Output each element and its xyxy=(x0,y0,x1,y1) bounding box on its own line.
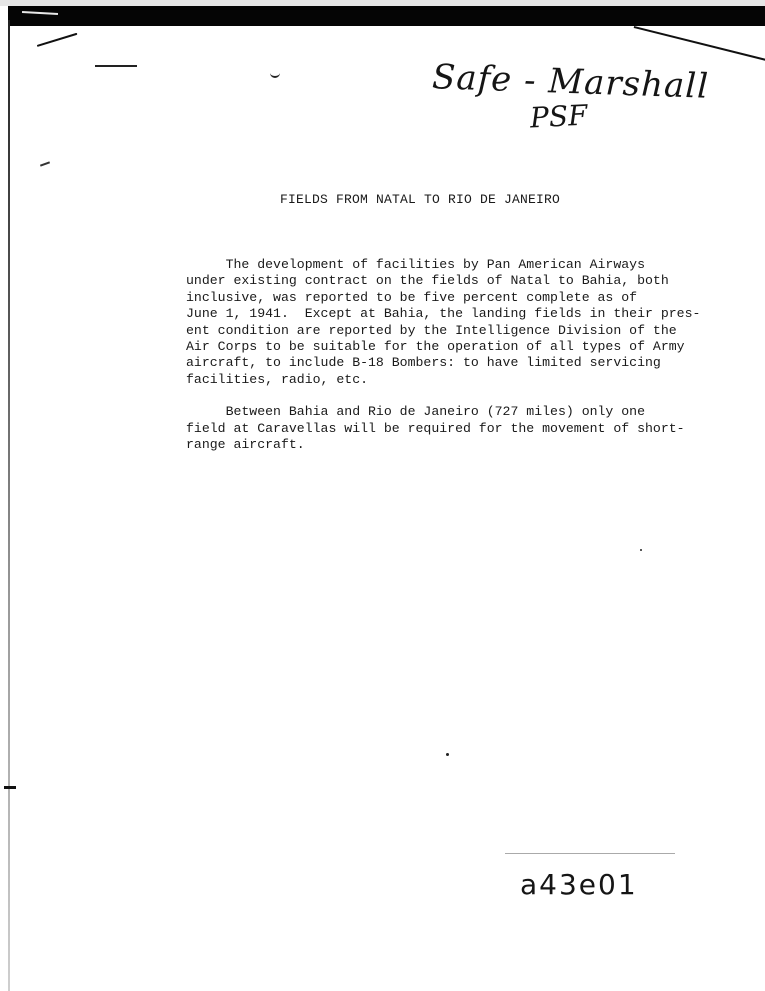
catalog-rule-line xyxy=(505,853,675,854)
text-line: under existing contract on the fields of… xyxy=(186,273,686,289)
text-line: field at Caravellas will be required for… xyxy=(186,421,686,437)
handwritten-psf-note: PSF xyxy=(529,99,588,135)
paragraph-spacer xyxy=(186,388,686,404)
pen-underline-mark xyxy=(95,65,137,67)
text-line: The development of facilities by Pan Ame… xyxy=(186,257,686,273)
paragraph-facilities: The development of facilities by Pan Ame… xyxy=(186,257,686,388)
text-line: facilities, radio, etc. xyxy=(186,372,686,388)
scan-speck xyxy=(640,549,642,551)
text-line: Between Bahia and Rio de Janeiro (727 mi… xyxy=(186,404,686,420)
pen-tick-mark xyxy=(270,72,280,78)
margin-mark xyxy=(40,161,50,166)
text-line: aircraft, to include B-18 Bombers: to ha… xyxy=(186,355,686,371)
text-line: range aircraft. xyxy=(186,437,686,453)
page-fold-line xyxy=(634,26,765,63)
text-line: ent condition are reported by the Intell… xyxy=(186,323,686,339)
margin-mark xyxy=(4,786,16,789)
document-body: The development of facilities by Pan Ame… xyxy=(186,257,686,453)
text-line: inclusive, was reported to be five perce… xyxy=(186,290,686,306)
scan-left-border xyxy=(8,20,10,991)
pen-stroke-mark xyxy=(37,33,78,47)
handwritten-catalog-number: a43e01 xyxy=(520,868,638,901)
text-line: Air Corps to be suitable for the operati… xyxy=(186,339,686,355)
text-line: June 1, 1941. Except at Bahia, the landi… xyxy=(186,306,686,322)
scan-top-border xyxy=(8,6,765,26)
document-title: FIELDS FROM NATAL TO RIO DE JANEIRO xyxy=(280,192,560,207)
paragraph-bahia-rio: Between Bahia and Rio de Janeiro (727 mi… xyxy=(186,404,686,453)
scan-speck xyxy=(446,753,449,756)
